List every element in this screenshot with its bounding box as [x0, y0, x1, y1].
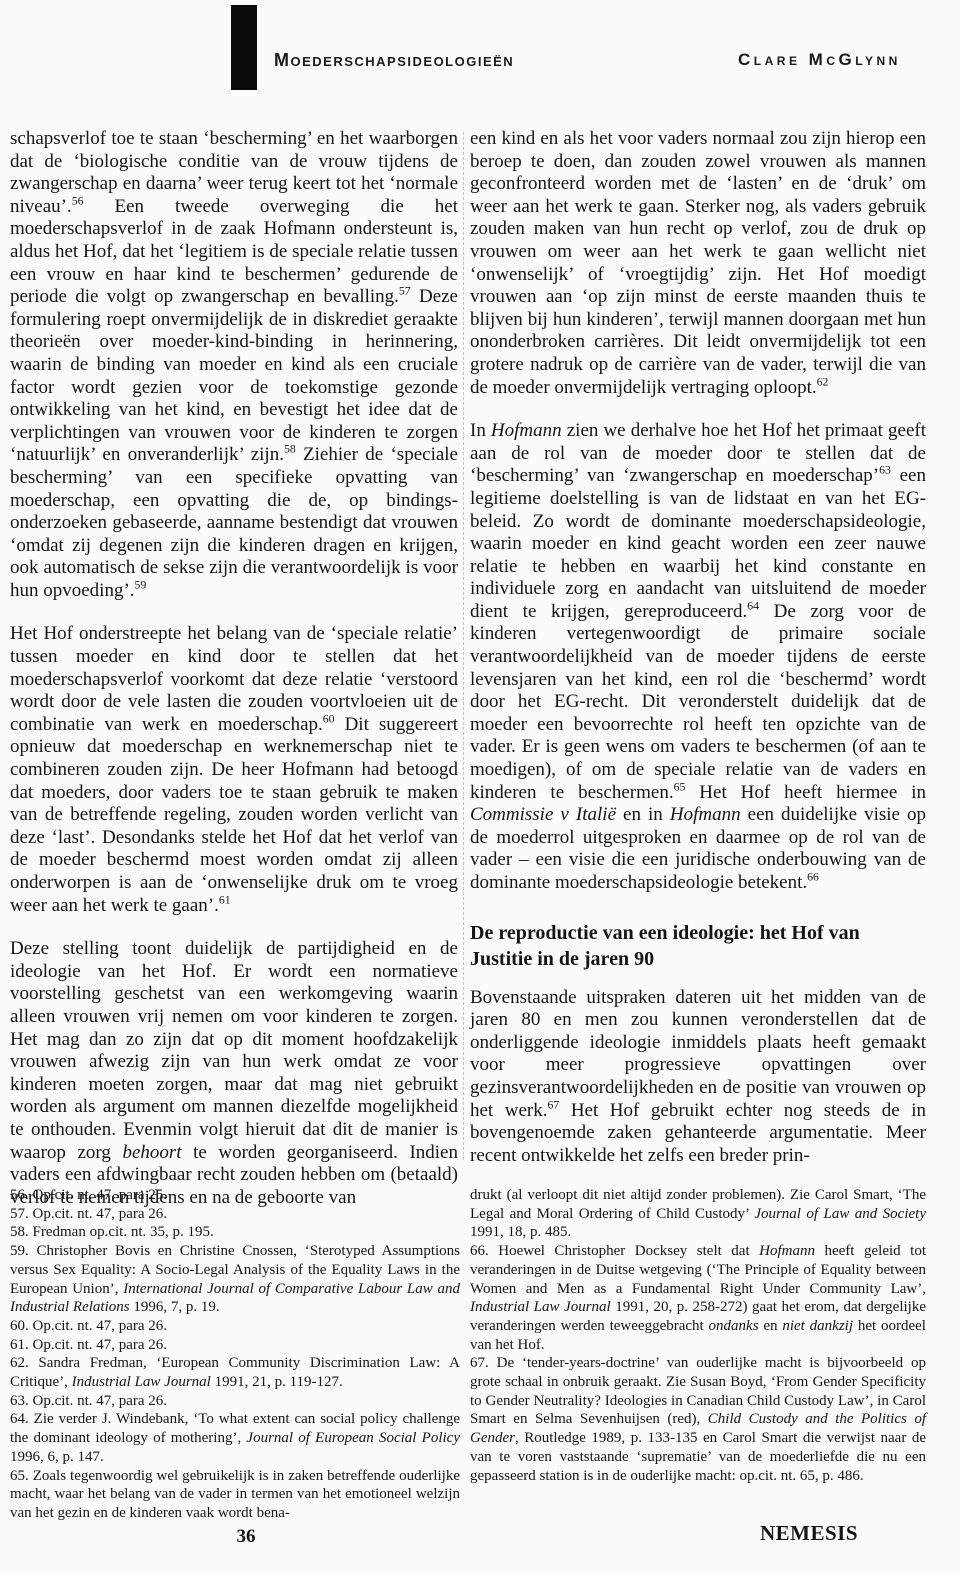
journal-page: { "header": { "title": "Moederschapsideo…	[0, 0, 960, 1575]
body-paragraph: Bovenstaande uitspraken dateren uit het …	[470, 987, 926, 1168]
footnote: 59. Christopher Bovis en Christine Cnoss…	[10, 1242, 460, 1317]
footnote: 58. Fredman op.cit. nt. 35, p. 195.	[10, 1223, 460, 1242]
footnote: 66. Hoewel Christopher Docksey stelt dat…	[470, 1242, 926, 1354]
body-paragraph: Het Hof onderstreepte het belang van de …	[10, 623, 458, 917]
footnote: 60. Op.cit. nt. 47, para 26.	[10, 1317, 460, 1336]
header-block-mark	[231, 5, 257, 90]
footnote: 64. Zie verder J. Windebank, ‘To what ex…	[10, 1410, 460, 1466]
body-right-column: een kind en als het voor vaders normaal …	[470, 128, 926, 1167]
footnote: 56. Op.cit. nt. 47, para 25.	[10, 1186, 460, 1205]
body-paragraph: Deze stelling toont duidelijk de partijd…	[10, 938, 458, 1209]
footnote: 65. Zoals tegenwoordig wel gebruikelijk …	[10, 1467, 460, 1523]
running-head-author: Clare McGlynn	[738, 50, 901, 70]
footnote: 63. Op.cit. nt. 47, para 26.	[10, 1392, 460, 1411]
footnote: 62. Sandra Fredman, ‘European Community …	[10, 1354, 460, 1391]
page-number: 36	[218, 1526, 274, 1548]
body-paragraph: In Hofmann zien we derhalve hoe het Hof …	[470, 420, 926, 894]
section-heading: De reproductie van een ideologie: het Ho…	[470, 920, 926, 972]
running-head-title: Moederschapsideologieën	[274, 50, 514, 71]
footnote: drukt (al verloopt dit niet altijd zonde…	[470, 1186, 926, 1242]
footnotes-right-column: drukt (al verloopt dit niet altijd zonde…	[470, 1186, 926, 1485]
journal-name: NEMESIS	[760, 1521, 858, 1546]
body-paragraph: schapsverlof toe te staan ‘bescherming’ …	[10, 128, 458, 602]
body-left-column: schapsverlof toe te staan ‘bescherming’ …	[10, 128, 458, 1209]
column-divider	[463, 132, 464, 1160]
footnote: 57. Op.cit. nt. 47, para 26.	[10, 1205, 460, 1224]
body-paragraph: een kind en als het voor vaders normaal …	[470, 128, 926, 399]
footnote: 67. De ‘tender-years-doctrine’ van ouder…	[470, 1354, 926, 1485]
footnote: 61. Op.cit. nt. 47, para 26.	[10, 1336, 460, 1355]
footnotes-left-column: 56. Op.cit. nt. 47, para 25. 57. Op.cit.…	[10, 1186, 460, 1523]
